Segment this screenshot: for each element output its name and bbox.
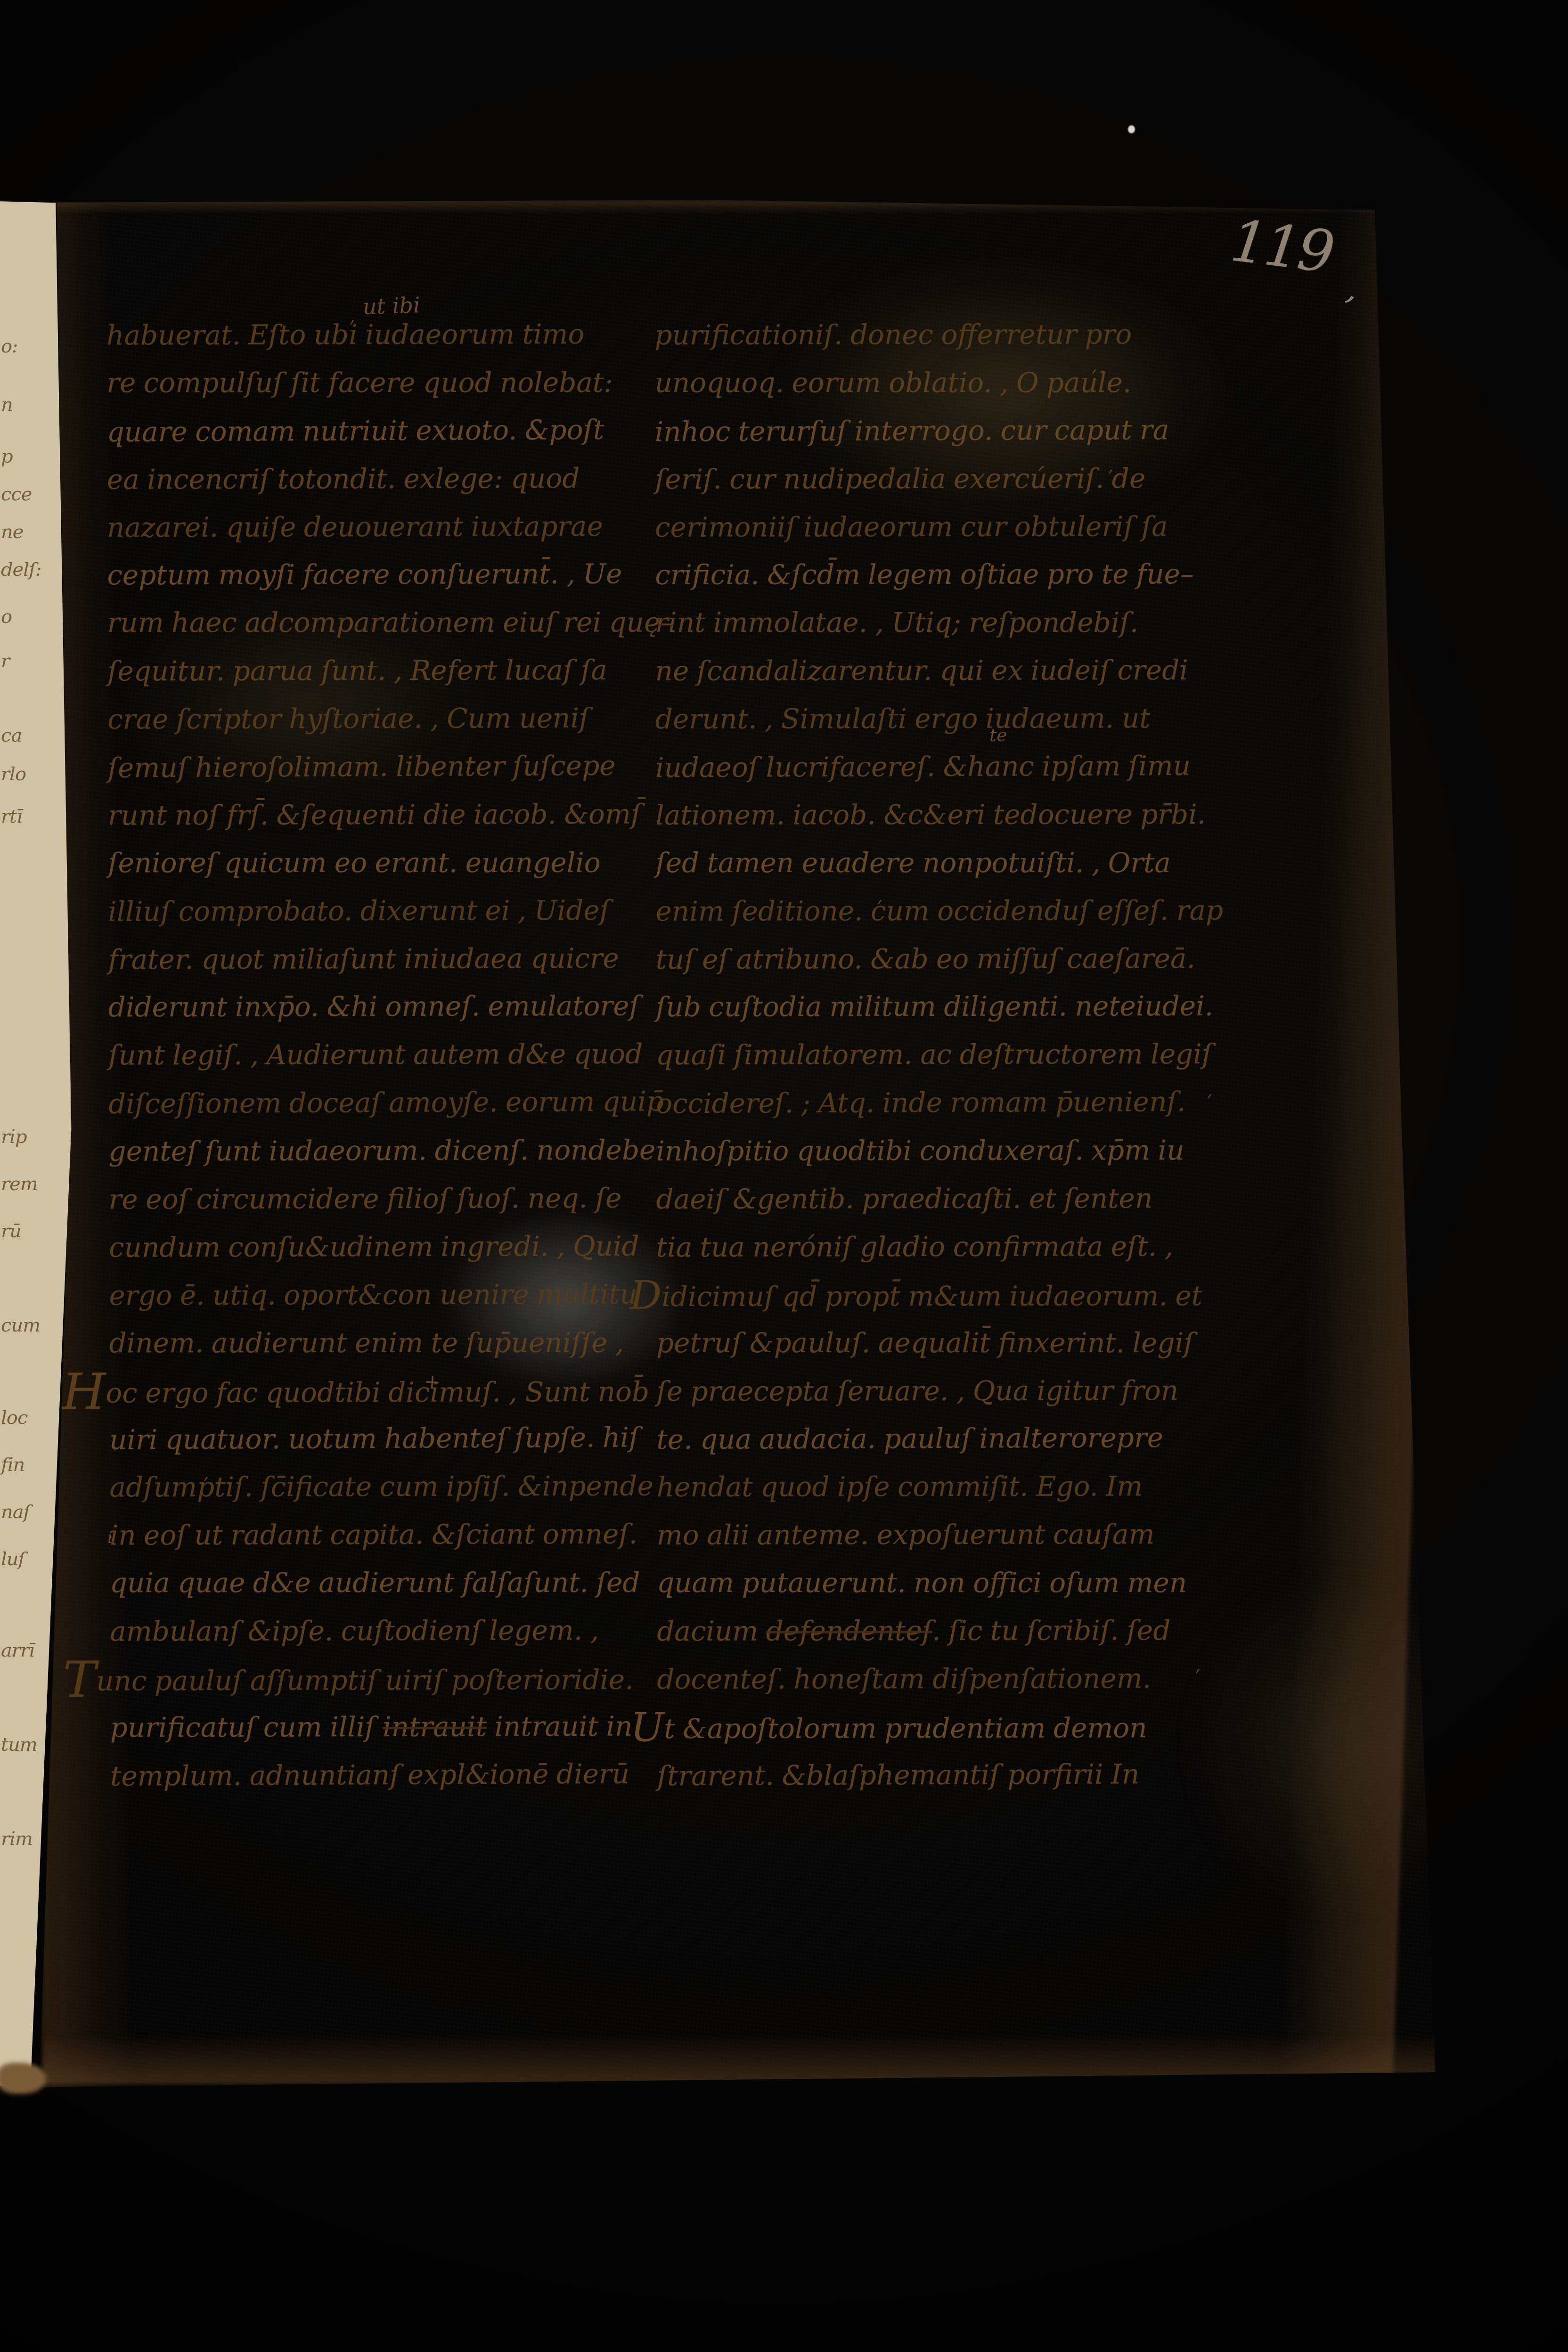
- interlinear-ut-ibi: ut ibi: [362, 292, 420, 319]
- insertion-i: i: [107, 1528, 113, 1547]
- manuscript-line: ceptum moyſi facere conſuerunt̄. , Ue: [107, 550, 674, 600]
- manuscript-line: purificatuſ cum illiſ intrauit intrauit …: [110, 1702, 677, 1752]
- manuscript-line: Hoc ergo fac quodtibi dicimuſ. , Sunt no…: [109, 1366, 676, 1416]
- manuscript-line: Tunc pauluſ aſſumptiſ uiriſ poſterioridi…: [110, 1654, 677, 1704]
- manuscript-line: uiri quatuor. uotum habenteſ ſupſe. hiſ: [109, 1414, 676, 1465]
- manuscript-line: dacium defendenteſ. ſic tu ſcribiſ. ſed: [657, 1607, 1225, 1656]
- manuscript-line: frater. quot miliaſunt iniudaea quicre: [108, 934, 675, 984]
- facing-page-text-fragment: o:: [1, 335, 18, 357]
- manuscript-line: petruſ &pauluſ. aequalit̄ finxerint. leg…: [656, 1319, 1224, 1367]
- manuscript-line: in eoſ ut radant capita. &ſciant omneſ.: [110, 1511, 677, 1560]
- facing-page-text-fragment: rip: [1, 1126, 27, 1148]
- manuscript-line: re eoſ circumcidere filioſ ſuoſ. neq. ſe: [109, 1174, 676, 1224]
- manuscript-photo: o:npccenedelſ:orcarlortīripremrūcumlocfi…: [0, 0, 1568, 2352]
- manuscript-line: quam putauerunt. non offici oſum men: [657, 1559, 1225, 1607]
- facing-page-text-fragment: n: [1, 394, 13, 416]
- text-column-right: purificationiſ. donec offerretur prounoq…: [654, 310, 1225, 1800]
- struck-word: intrauit: [383, 1710, 487, 1743]
- margin-initial: D: [630, 1272, 662, 1320]
- manuscript-line: derunt. , Simulaſti ergo iudaeum. ut: [655, 694, 1223, 743]
- manuscript-line: rint immolatae. , Utiq; reſpondebiſ.: [655, 599, 1223, 647]
- manuscript-line: Didicimuſ qd̄ propt̄ m&um iudaeorum. et: [656, 1271, 1224, 1320]
- manuscript-line: diderunt inxp̄o. &hi omneſ. emulatoreſ: [108, 982, 675, 1032]
- manuscript-line: unoquoq. eorum oblatio. , O paule.: [654, 359, 1222, 407]
- manuscript-line: diſceſſionem doceaſ amoyſe. eorum quip̄: [108, 1078, 675, 1128]
- manuscript-line: ſe praecepta ſeruare. , Qua igitur fron: [656, 1367, 1224, 1416]
- manuscript-line: ſemuſ hieroſolimam. libenter ſuſcepe: [107, 742, 674, 792]
- manuscript-line: adſumptiſ. ſc̄ificate cum ipſiſ. &inpend…: [109, 1462, 676, 1512]
- manuscript-line: quaſi ſimulatorem. ac deſtructorem legiſ: [656, 1030, 1224, 1079]
- manuscript-line: daeiſ &gentib. praedicaſti. et ſenten: [656, 1175, 1224, 1224]
- manuscript-line: ſunt legiſ. , Audierunt autem d&e quod: [108, 1030, 675, 1080]
- facing-page-text-fragment: naſ: [1, 1501, 30, 1523]
- manuscript-line: ſequitur. parua ſunt. , Refert lucaſ ſa: [107, 646, 674, 696]
- facing-page-text-fragment: delſ:: [1, 559, 41, 580]
- manuscript-line: docenteſ. honeſtam diſpenſationem.: [657, 1655, 1225, 1704]
- facing-page-text-fragment: fin: [1, 1454, 24, 1476]
- manuscript-line: enim ſeditione. cum occidenduſ eſſeſ. ra…: [655, 887, 1223, 936]
- interlinear-te: te: [989, 725, 1007, 745]
- manuscript-line: ſeriſ. cur nudipedalia exercúeriſ. de: [655, 455, 1223, 504]
- page-top-edge-shading: [47, 200, 1380, 214]
- manuscript-line: iudaeoſ lucrifacereſ. &hanc ipſam ſimu: [655, 742, 1223, 792]
- margin-initial: T: [63, 1656, 96, 1704]
- manuscript-line: te. qua audacia. pauluſ inalterorepre: [656, 1414, 1224, 1464]
- facing-page-text-fragment: rem: [1, 1173, 38, 1195]
- parchment-page: 119 , habuerat. Eſto ubi iudaeorum timor…: [0, 0, 1568, 2352]
- facing-page-text-fragment: r: [1, 650, 9, 672]
- facing-page-text-fragment: ne: [1, 521, 23, 543]
- manuscript-line: lationem. iacob. &c&eri tedocuere pr̄bi.: [655, 791, 1223, 840]
- binding-notch: [0, 2063, 46, 2094]
- manuscript-line: inhoſpitio quodtibi conduxeraſ. xp̄m iu: [656, 1127, 1224, 1176]
- folio-number: 119: [1227, 207, 1336, 286]
- facing-page-text-fragment: tum: [1, 1734, 37, 1756]
- manuscript-line: quare comam nutriuit exuoto. &poſt: [106, 406, 673, 457]
- manuscript-line: ergo ē. utiq. oport&con uenire multitu: [109, 1270, 676, 1320]
- manuscript-line: mo alii anteme. expoſuerunt cauſam: [657, 1511, 1225, 1560]
- manuscript-line: genteſ ſunt iudaeorum. dicenſ. nondebe: [108, 1127, 675, 1176]
- manuscript-line: rum haec adcomparationem eiuſ rei quę–: [107, 599, 674, 647]
- facing-page-text-fragment: luſ: [1, 1548, 24, 1570]
- facing-page-text-fragment: p: [1, 446, 13, 467]
- cross-mark: +: [423, 1370, 441, 1394]
- manuscript-line: dinem. audierunt enim te ſup̄ueniſſe ,: [109, 1319, 676, 1367]
- manuscript-line: cundum conſu&udinem ingredi. , Quid: [109, 1222, 676, 1272]
- manuscript-line: hendat quod ipſe commiſit. Ego. Im: [657, 1462, 1225, 1511]
- struck-word: defendenteſ: [766, 1615, 932, 1647]
- dust-speck: [1128, 125, 1135, 133]
- manuscript-line: crae ſcriptor hyſtoriae. , Cum ueniſ: [107, 694, 674, 744]
- manuscript-line: quia quae d&e audierunt falſaſunt. ſed: [110, 1559, 677, 1608]
- facing-page-text-fragment: cum: [1, 1315, 40, 1336]
- facing-page-text-fragment: rū: [1, 1220, 21, 1242]
- facing-page-text-fragment: o: [1, 606, 12, 628]
- manuscript-line: purificationiſ. donec offerretur pro: [654, 310, 1222, 359]
- facing-page-text-fragment: rim: [1, 1828, 33, 1850]
- manuscript-line: ſenioreſ quicum eo erant. euangelio: [108, 839, 675, 887]
- manuscript-line: re compulſuſ ſit facere quod nolebat:: [106, 359, 673, 408]
- manuscript-line: crificia. &ſcd̄m legem oſtiae pro te fue…: [655, 550, 1223, 599]
- facing-page-text-fragment: loc: [1, 1407, 27, 1429]
- manuscript-line: Ut &apoſtolorum prudentiam demon: [657, 1703, 1225, 1752]
- facing-page-text-fragment: cce: [1, 483, 32, 505]
- manuscript-line: cerimoniiſ iudaeorum cur obtuleriſ ſa: [655, 503, 1223, 552]
- manuscript-line: runt noſ frſ̄. &ſequenti die iacob. &omſ…: [108, 790, 675, 840]
- margin-initial: U: [630, 1704, 664, 1752]
- page-fore-edge-shading: [1279, 188, 1454, 2104]
- manuscript-line: illiuſ comprobato. dixerunt ei , Uideſ: [108, 886, 675, 936]
- manuscript-line: nazarei. quiſe deuouerant iuxtaprae: [107, 502, 674, 552]
- facing-page-text-fragment: rtī: [1, 806, 22, 827]
- manuscript-line: inhoc terurſuſ interrogo. cur caput ra: [654, 406, 1222, 456]
- manuscript-line: ambulanſ &ipſe. cuſtodienſ legem. ,: [110, 1606, 677, 1656]
- text-column-left: habuerat. Eſto ubi iudaeorum timore comp…: [106, 310, 677, 1800]
- manuscript-line: ea incencriſ totondit. exlege: quod: [107, 454, 674, 504]
- margin-initial: H: [62, 1368, 106, 1416]
- manuscript-line: occidereſ. ; Atq. inde romam p̄uenienſ.: [656, 1078, 1224, 1128]
- manuscript-line: templum. adnuntianſ expl&ionē dierū: [110, 1750, 677, 1801]
- manuscript-line: ſtrarent. &blaſphemantiſ porfirii In: [657, 1750, 1225, 1800]
- manuscript-line: ſed tamen euadere nonpotuiſti. , Orta: [655, 839, 1223, 887]
- facing-page-text-fragment: arrī: [1, 1640, 34, 1661]
- manuscript-line: tia tua neróniſ gladio confirmata eſt. ,: [656, 1223, 1224, 1272]
- manuscript-line: tuſ eſ atribuno. &ab eo miſſuſ caeſareā.: [656, 935, 1224, 984]
- manuscript-line: ſub cuſtodia militum diligenti. neteiude…: [656, 982, 1224, 1031]
- page-bottom-edge-shading: [42, 2034, 1446, 2084]
- manuscript-line: ne ſcandalizarentur. qui ex iudeiſ credi: [655, 646, 1223, 695]
- facing-page-text-fragment: rlo: [1, 763, 26, 785]
- facing-page-text-fragment: ca: [1, 725, 22, 746]
